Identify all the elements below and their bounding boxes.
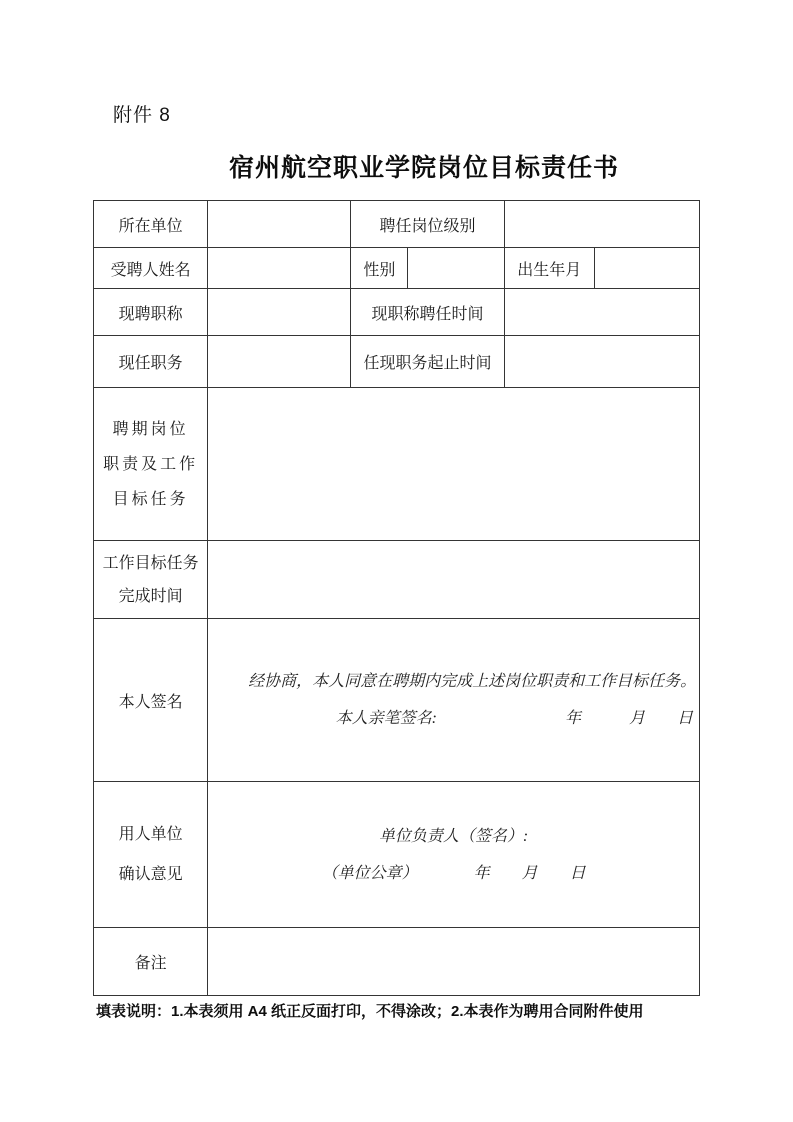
row-employer-confirmation: 用人单位 确认意见 单位负责人（签名）: （单位公章） 年 月 日	[94, 782, 700, 928]
label-cell-unit: 所在单位	[94, 201, 208, 248]
duty-label-line-2: 职责及工作	[94, 447, 207, 482]
label-cell-birth: 出生年月	[504, 248, 594, 289]
row-deadline: 工作目标任务 完成时间	[94, 541, 700, 619]
page-title: 宿州航空职业学院岗位目标责任书	[93, 148, 699, 184]
signature-line: 本人亲笔签名: 年 月 日	[208, 700, 699, 737]
value-cell-deadline	[208, 541, 700, 619]
label-cell-post-period: 任现职务起止时间	[351, 336, 504, 388]
employer-seal-line: （单位公章） 年 月 日	[208, 855, 699, 892]
value-cell-current-title	[208, 289, 351, 336]
label-cell-current-post: 现任职务	[94, 336, 208, 388]
value-cell-remarks	[208, 928, 700, 996]
value-cell-post-level	[504, 201, 699, 248]
employer-sign-line: 单位负责人（签名）:	[208, 818, 699, 855]
value-cell-post-period	[504, 336, 699, 388]
value-cell-signature: 经协商，本人同意在聘期内完成上述岗位职责和工作目标任务。 本人亲笔签名: 年 月…	[208, 619, 700, 782]
row-remarks: 备注	[94, 928, 700, 996]
value-cell-birth	[594, 248, 699, 289]
duty-label-line-3: 目标任务	[94, 482, 207, 517]
duty-label-line-1: 聘期岗位	[94, 412, 207, 447]
employer-label-line-2: 确认意见	[94, 855, 207, 895]
label-cell-name: 受聘人姓名	[94, 248, 208, 289]
signature-statement: 经协商，本人同意在聘期内完成上述岗位职责和工作目标任务。	[208, 663, 699, 700]
value-cell-title-time	[504, 289, 699, 336]
label-cell-post-level: 聘任岗位级别	[351, 201, 504, 248]
row-name-gender-birth: 受聘人姓名 性别 出生年月	[94, 248, 700, 289]
label-cell-signature: 本人签名	[94, 619, 208, 782]
value-cell-unit	[208, 201, 351, 248]
label-cell-deadline: 工作目标任务 完成时间	[94, 541, 208, 619]
label-cell-duties: 聘期岗位 职责及工作 目标任务	[94, 388, 208, 541]
label-cell-gender: 性别	[351, 248, 408, 289]
row-unit: 所在单位 聘任岗位级别	[94, 201, 700, 248]
value-cell-employer: 单位负责人（签名）: （单位公章） 年 月 日	[208, 782, 700, 928]
row-signature: 本人签名 经协商，本人同意在聘期内完成上述岗位职责和工作目标任务。 本人亲笔签名…	[94, 619, 700, 782]
value-cell-duties	[208, 388, 700, 541]
label-cell-employer: 用人单位 确认意见	[94, 782, 208, 928]
label-cell-title-time: 现职称聘任时间	[351, 289, 504, 336]
value-cell-name	[208, 248, 351, 289]
deadline-label-line-2: 完成时间	[94, 580, 207, 613]
value-cell-gender	[408, 248, 504, 289]
label-cell-current-title: 现聘职称	[94, 289, 208, 336]
footer-note: 填表说明：1.本表须用 A4 纸正反面打印，不得涂改；2.本表作为聘用合同附件使…	[96, 1000, 736, 1021]
attachment-label: 附件 8	[113, 100, 171, 127]
row-current-title: 现聘职称 现职称聘任时间	[94, 289, 700, 336]
label-cell-remarks: 备注	[94, 928, 208, 996]
deadline-label-line-1: 工作目标任务	[94, 547, 207, 580]
row-duties: 聘期岗位 职责及工作 目标任务	[94, 388, 700, 541]
document-page: 附件 8 宿州航空职业学院岗位目标责任书 所在单位 聘任岗位级别 受聘人姓名 性…	[0, 0, 793, 1122]
responsibility-form-table: 所在单位 聘任岗位级别 受聘人姓名 性别 出生年月 现聘职称 现职称聘任时间 现…	[93, 200, 700, 996]
value-cell-current-post	[208, 336, 351, 388]
employer-label-line-1: 用人单位	[94, 815, 207, 855]
row-current-post: 现任职务 任现职务起止时间	[94, 336, 700, 388]
